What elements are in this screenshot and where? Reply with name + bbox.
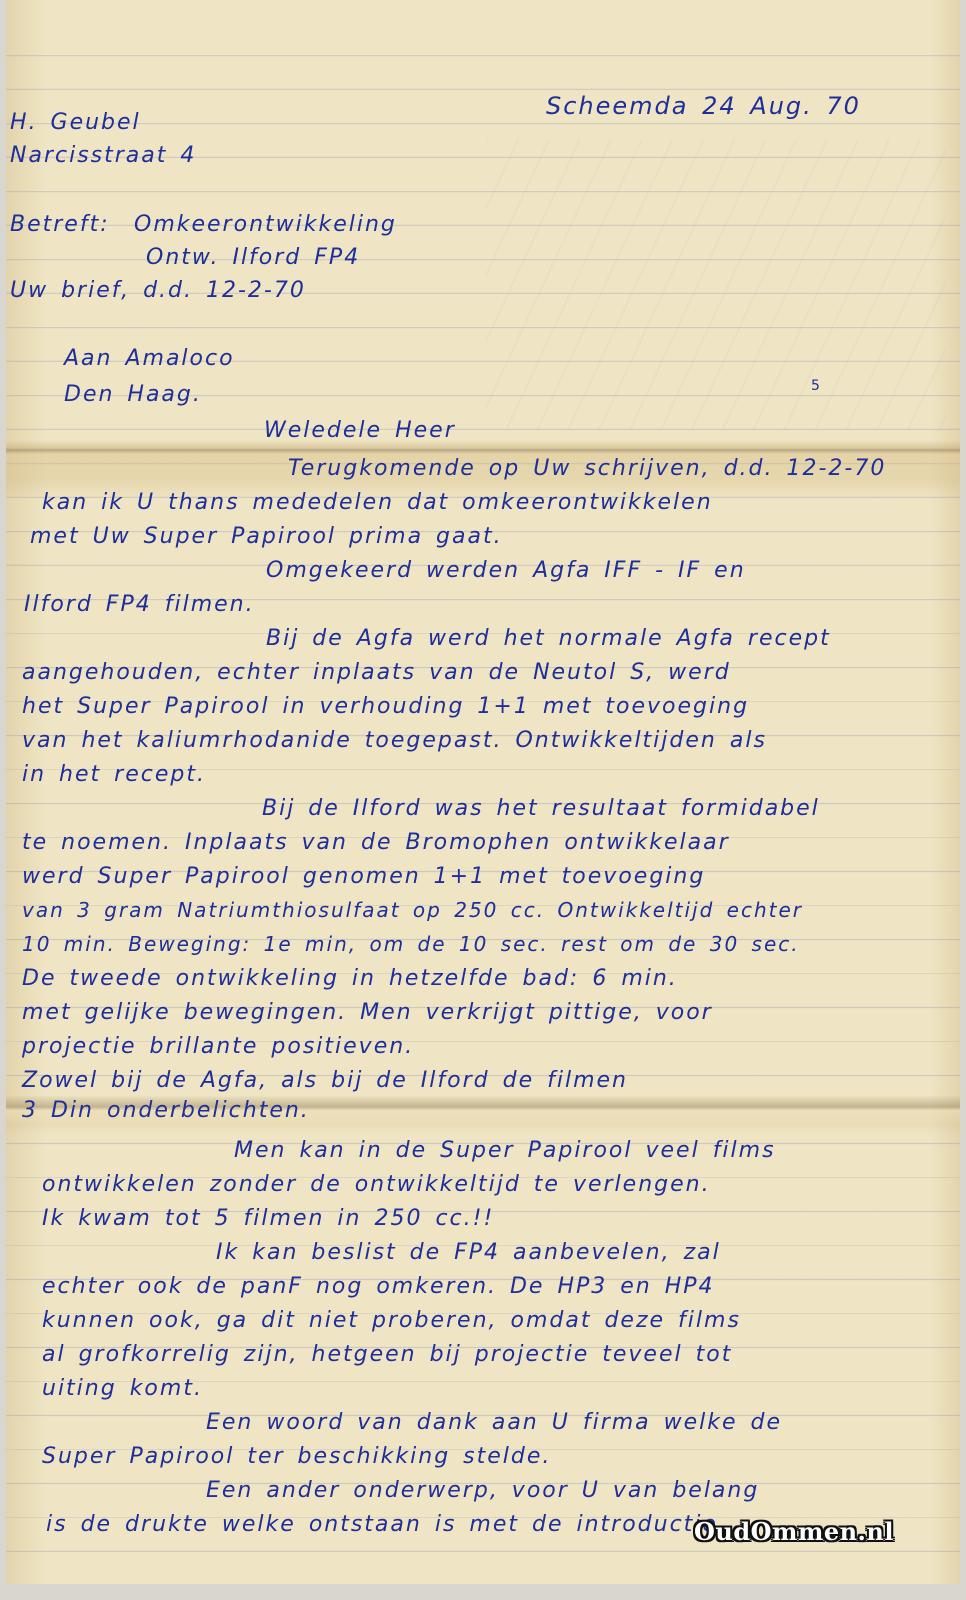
margin-mark: 5 [811,378,820,394]
body-line: uiting komt. [42,1378,203,1400]
body-line: van het kaliumrhodanide toegepast. Ontwi… [22,730,767,752]
subject-line-2: Ontw. Ilford FP4 [146,247,360,269]
page-bottom-edge [6,1584,960,1592]
body-line: Super Papirool ter beschikking stelde. [42,1446,551,1468]
letter-page: H. Geubel Narcisstraat 4 Scheemda 24 Aug… [6,0,960,1592]
recipient-line-1: Aan Amaloco [64,348,235,370]
watermark-logo: OudOmmen.nl [694,1517,894,1546]
reference-line: Uw brief, d.d. 12-2-70 [10,280,306,302]
body-line: Ik kwam tot 5 filmen in 250 cc.!! [42,1208,494,1230]
body-line: 10 min. Beweging: 1e min, om de 10 sec. … [22,934,800,954]
body-line: 3 Din onderbelichten. [22,1100,310,1122]
body-line: in het recept. [22,764,206,786]
body-line: Ilford FP4 filmen. [24,594,255,616]
body-line: ontwikkelen zonder de ontwikkeltijd te v… [42,1174,711,1196]
body-line: Ik kan beslist de FP4 aanbevelen, zal [216,1242,721,1264]
body-line: met Uw Super Papirool prima gaat. [30,526,503,548]
body-line: projectie brillante positieven. [22,1036,414,1058]
subject-line-1: Omkeerontwikkeling [134,214,397,236]
subject-label: Betreft: [10,214,110,236]
sender-name: H. Geubel [10,112,141,134]
dateline: Scheemda 24 Aug. 70 [546,94,861,118]
bleed-through-text [486,140,946,430]
body-line: het Super Papirool in verhouding 1+1 met… [22,696,749,718]
body-line: met gelijke bewegingen. Men verkrijgt pi… [22,1002,713,1024]
body-line: is de drukte welke ontstaan is met de in… [46,1514,718,1536]
body-line: Een woord van dank aan U firma welke de [206,1412,782,1434]
body-line: Omgekeerd werden Agfa IFF - IF en [266,560,746,582]
body-line: echter ook de panF nog omkeren. De HP3 e… [42,1276,715,1298]
body-line: Terugkomende op Uw schrijven, d.d. 12-2-… [288,458,886,480]
body-line: Men kan in de Super Papirool veel films [234,1140,776,1162]
salutation: Weledele Heer [264,420,456,442]
body-line: Bij de Ilford was het resultaat formidab… [262,798,820,820]
body-line: kunnen ook, ga dit niet proberen, omdat … [42,1310,741,1332]
body-line: aangehouden, echter inplaats van de Neut… [22,662,731,684]
body-line: te noemen. Inplaats van de Bromophen ont… [22,832,730,854]
body-line: van 3 gram Natriumthiosulfaat op 250 cc.… [22,900,803,920]
body-line: De tweede ontwikkeling in hetzelfde bad:… [22,968,678,990]
body-line: Bij de Agfa werd het normale Agfa recept [266,628,831,650]
body-line: Een ander onderwerp, voor U van belang [206,1480,759,1502]
body-line: werd Super Papirool genomen 1+1 met toev… [22,866,705,888]
recipient-line-2: Den Haag. [64,384,202,406]
body-line: kan ik U thans mededelen dat omkeerontwi… [42,492,713,514]
sender-address: Narcisstraat 4 [10,145,196,167]
body-line: al grofkorrelig zijn, hetgeen bij projec… [42,1344,732,1366]
body-line: Zowel bij de Agfa, als bij de Ilford de … [22,1070,628,1092]
